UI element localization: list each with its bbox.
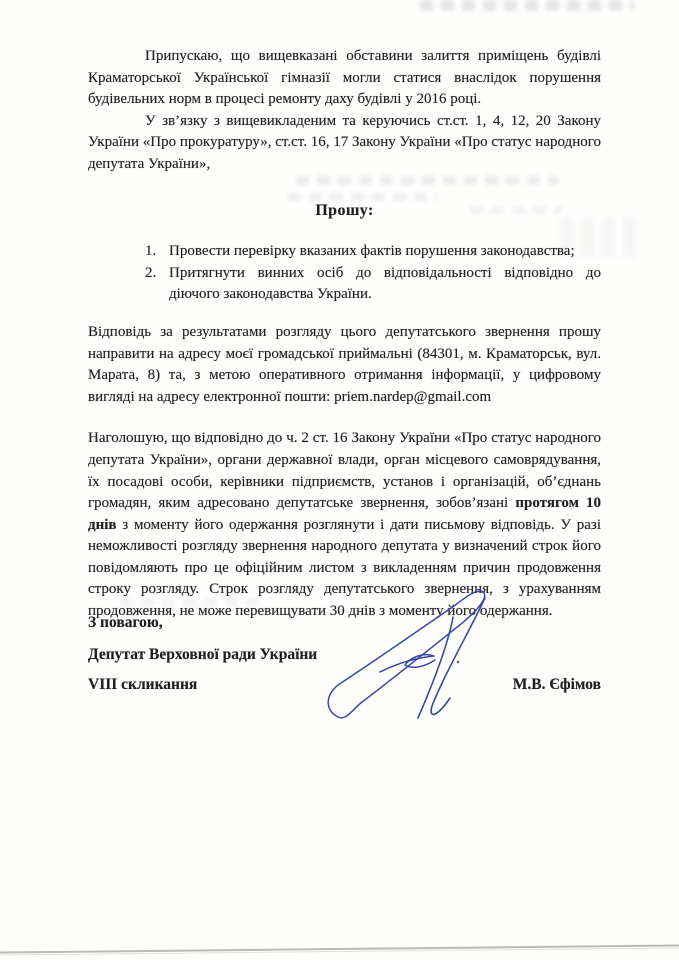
letter-body: Припускаю, що вищевказані обставини зали…	[88, 46, 601, 623]
list-item-text: Притягнути винних осіб до відповідальнос…	[169, 263, 601, 306]
request-list: 1. Провести перевірку вказаних фактів по…	[88, 241, 601, 306]
scanned-letter-page: Припускаю, що вищевказані обставини зали…	[0, 0, 679, 960]
list-item: 1. Провести перевірку вказаних фактів по…	[145, 241, 601, 263]
paragraph-legal-basis: У зв’язку з вищевикладеним та керуючись …	[88, 111, 601, 176]
list-item: 2. Притягнути винних осіб до відповідаль…	[145, 263, 601, 306]
paragraph-assumption: Припускаю, що вищевказані обставини зали…	[88, 46, 601, 111]
paragraph-deadline-notice: Наголошую, що відповідно до ч. 2 ст. 16 …	[88, 428, 601, 622]
signer-title-line1: Депутат Верховної ради України	[88, 644, 601, 665]
request-heading: Прошу:	[88, 200, 601, 222]
list-item-number: 2.	[145, 263, 169, 306]
paragraph-response-address: Відповідь за результатами розгляду цього…	[88, 322, 601, 408]
signer-name: М.В. Єфімов	[513, 676, 601, 694]
signature-block: З повагою, Депутат Верховної ради Україн…	[88, 612, 601, 694]
list-item-text: Провести перевірку вказаних фактів поруш…	[169, 241, 601, 263]
signer-title-line2: VIII скликання	[88, 676, 197, 694]
bleed-through-artifact	[420, 0, 634, 11]
closing-salutation: З повагою,	[88, 612, 601, 633]
deadline-notice-segment-2: з моменту його одержання розглянути і да…	[88, 517, 601, 619]
list-item-number: 1.	[145, 241, 169, 263]
